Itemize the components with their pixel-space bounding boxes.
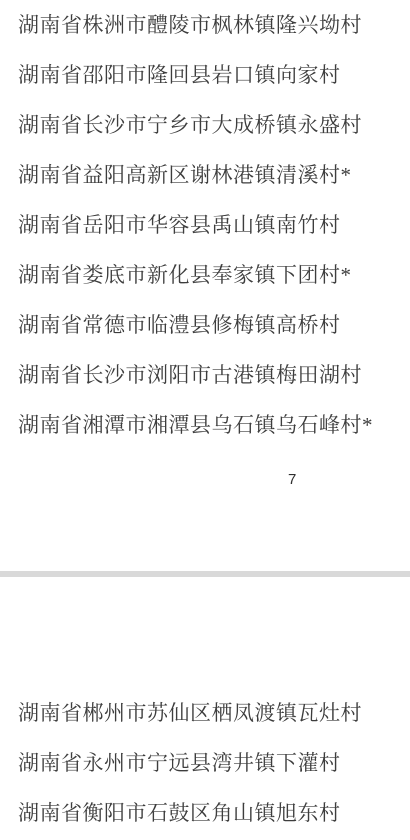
- village-list-item: 湖南省长沙市宁乡市大成桥镇永盛村: [0, 100, 410, 150]
- village-list-item: 湖南省株洲市醴陵市枫林镇隆兴坳村: [0, 0, 410, 50]
- page-number: 7: [288, 471, 296, 488]
- village-list-item: 湖南省长沙市浏阳市古港镇梅田湖村: [0, 350, 410, 400]
- village-list-item: 湖南省永州市宁远县湾井镇下灌村: [0, 738, 410, 788]
- document-viewer[interactable]: 湖南省株洲市醴陵市枫林镇隆兴坳村 湖南省邵阳市隆回县岩口镇向家村 湖南省长沙市宁…: [0, 0, 410, 840]
- document-page-8: 湖南省郴州市苏仙区栖凤渡镇瓦灶村 湖南省永州市宁远县湾井镇下灌村 湖南省衡阳市石…: [0, 688, 410, 838]
- village-list-item: 湖南省岳阳市华容县禹山镇南竹村: [0, 200, 410, 250]
- village-list-item: 湖南省郴州市苏仙区栖凤渡镇瓦灶村: [0, 688, 410, 738]
- village-list-item: 湖南省湘潭市湘潭县乌石镇乌石峰村*: [0, 400, 410, 450]
- village-list-item: 湖南省娄底市新化县奉家镇下团村*: [0, 250, 410, 300]
- village-list-item: 湖南省常德市临澧县修梅镇高桥村: [0, 300, 410, 350]
- village-list-item: 湖南省益阳高新区谢林港镇清溪村*: [0, 150, 410, 200]
- village-list-item: 湖南省衡阳市石鼓区角山镇旭东村: [0, 788, 410, 838]
- document-page-7: 湖南省株洲市醴陵市枫林镇隆兴坳村 湖南省邵阳市隆回县岩口镇向家村 湖南省长沙市宁…: [0, 0, 410, 450]
- village-list-item: 湖南省邵阳市隆回县岩口镇向家村: [0, 50, 410, 100]
- page-divider: [0, 571, 410, 577]
